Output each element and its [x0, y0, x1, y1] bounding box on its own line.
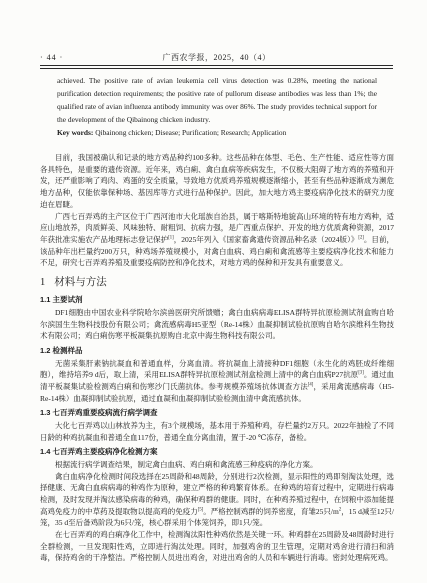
subsection-1-2-body: 无菌采集肝素钠抗凝血和普通血样，分离血清。将抗凝血上清接种DF1细胞（永生化的鸡… — [40, 358, 394, 405]
subsection-1-1-body: DF1细胞由中国农业科学院哈尔滨兽医研究所馈赠；禽白血病病毒ELISA群特异抗原… — [40, 307, 394, 342]
english-abstract-block: achieved. The positive rate of avian leu… — [57, 74, 377, 139]
page-content: achieved. The positive rate of avian leu… — [40, 74, 394, 564]
subsection-1-2-heading: 1.2 检测样品 — [40, 345, 394, 356]
journal-page: · 44 · 广西农学报，2025，40（4） achieved. The po… — [0, 0, 427, 583]
keywords-label: Key words: — [57, 128, 95, 137]
page-number: · 44 · — [40, 53, 63, 62]
subsection-1-4-paragraph-a: 根据流行病学调查结果，制定禽白血病、鸡白痢和禽流感三种疫病的净化方案。 — [40, 459, 394, 471]
introduction: 目前，我国被确认和记录的地方鸡品种约100多种。这些品种在体型、毛色、生产性能、… — [40, 152, 394, 269]
keywords-line: Key words: Qibainong chicken; Disease; P… — [57, 126, 377, 139]
running-head: · 44 · 广西农学报，2025，40（4） — [40, 53, 393, 62]
intro-paragraph-2: 广西七百弄鸡的主产区位于广西河池市大化瑶族自治县，属于喀斯特地貌高山环境的特有地… — [40, 211, 394, 270]
header-double-rule — [40, 65, 393, 69]
subsection-1-3-body: 大化七百弄鸡以山林放养为主，有3个规模场，基本用于养殖种鸡，存栏量约2万只。20… — [40, 420, 394, 443]
subsection-1-4-paragraph-b: 禽白血病净化检测时间段选择在25周龄和48周龄，分别进行2次检测，显示阳性的鸡即… — [40, 471, 394, 530]
subsection-1-4-heading: 1.4 七百弄鸡主要疫病净化检测方案 — [40, 446, 394, 457]
section-1-title: 材料与方法 — [54, 277, 107, 288]
section-1: 1材料与方法 1.1 主要试剂 DF1细胞由中国农业科学院哈尔滨兽医研究所馈赠；… — [40, 276, 394, 564]
subsection-1-4-paragraph-c: 在七百弄鸡的鸡白痢净化工作中，检测淘汰阳性种鸡依然是关键一环。种鸡群在25周龄及… — [40, 529, 394, 564]
section-1-number: 1 — [40, 277, 45, 288]
journal-title: 广西农学报，2025，40（4） — [40, 53, 393, 62]
keywords-text: Qibainong chicken; Disease; Purification… — [95, 128, 286, 137]
subsection-1-1-heading: 1.1 主要试剂 — [40, 294, 394, 305]
abstract-english-text: achieved. The positive rate of avian leu… — [57, 74, 377, 126]
section-1-heading: 1材料与方法 — [40, 276, 394, 289]
intro-paragraph-1: 目前，我国被确认和记录的地方鸡品种约100多种。这些品种在体型、毛色、生产性能、… — [40, 152, 394, 211]
subsection-1-3-heading: 1.3 七百弄鸡重要疫病流行病学调查 — [40, 407, 394, 418]
